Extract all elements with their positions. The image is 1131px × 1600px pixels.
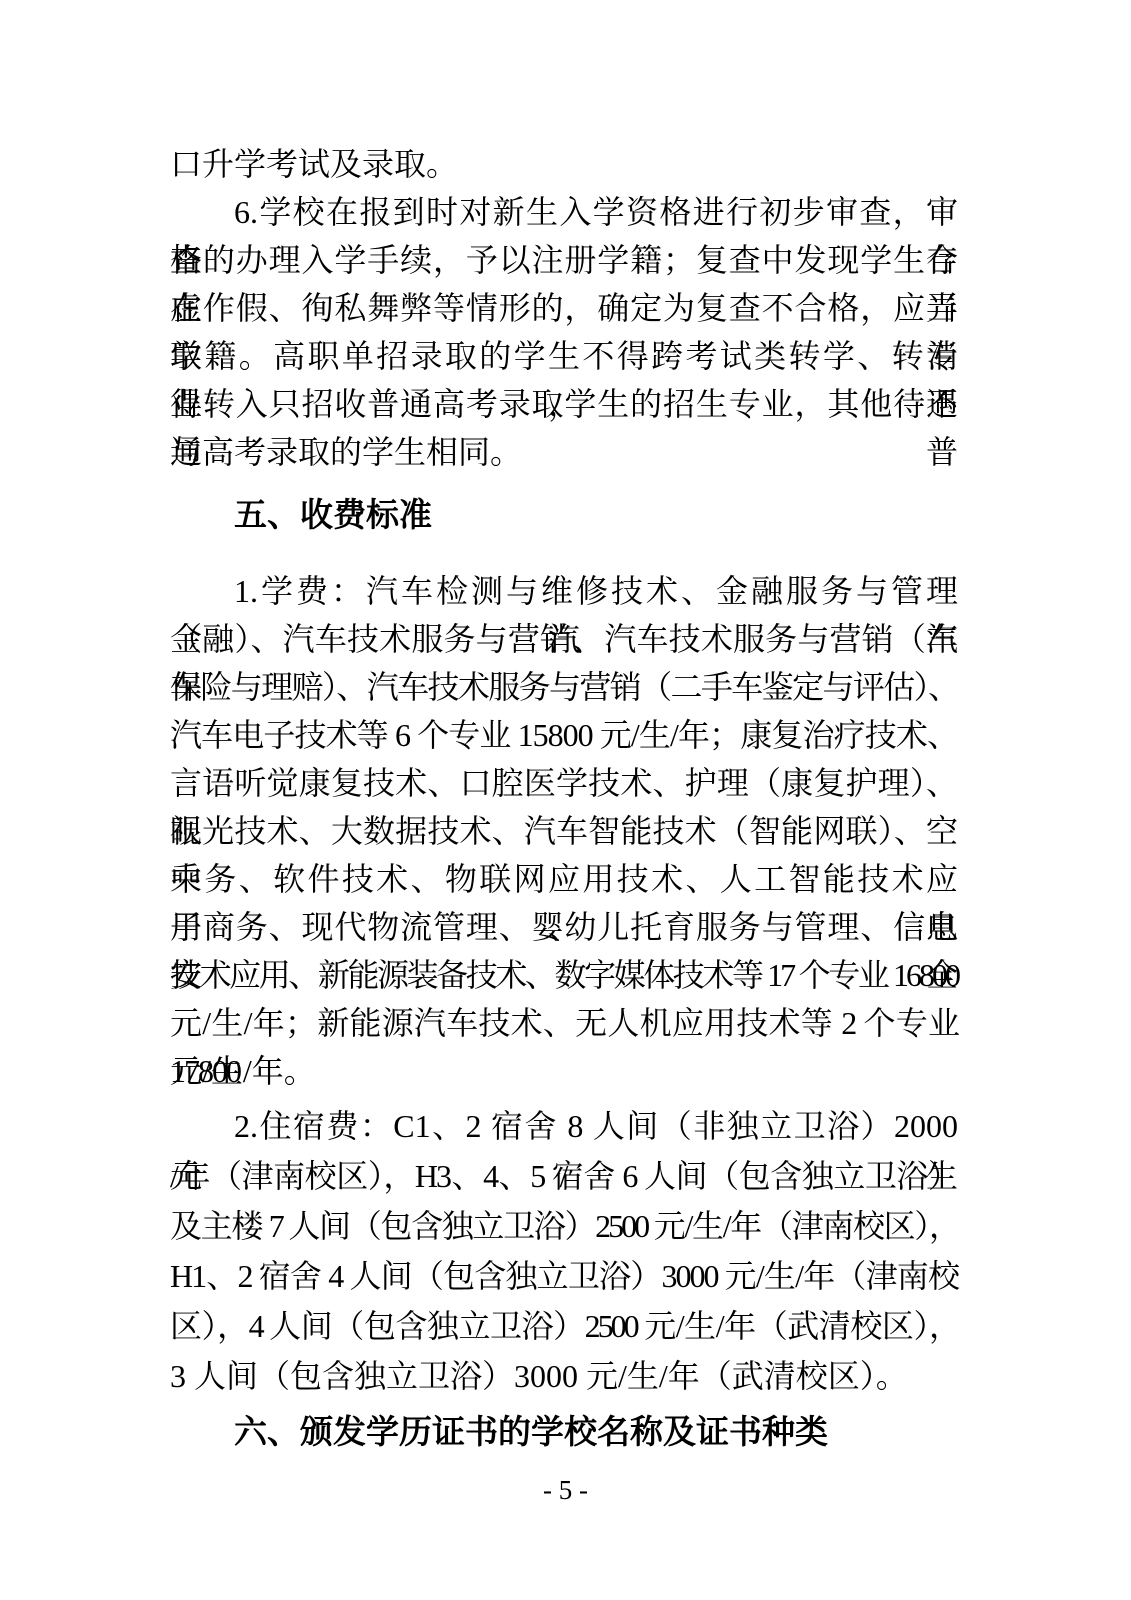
page-number: - 5 - — [0, 1470, 1131, 1510]
text-line: 言语听觉康复技术、口腔医学技术、护理（康复护理）、眼 — [170, 759, 958, 807]
text-line: 2.住宿费：C1、2 宿舍 8 人间（非独立卫浴）2000 元/生 — [170, 1101, 958, 1151]
text-line: 元/生/年；新能源汽车技术、无人机应用技术等 2 个专业 17800 — [170, 999, 958, 1047]
text-line: 格的办理入学手续，予以注册学籍；复查中发现学生存在弄 — [170, 236, 958, 284]
paragraph-accommodation: 2.住宿费：C1、2 宿舍 8 人间（非独立卫浴）2000 元/生 /年（津南校… — [170, 1101, 958, 1401]
text-line: 视光技术、大数据技术、汽车智能技术（智能网联）、空中 — [170, 807, 958, 855]
paragraph-enrollment-review: 6.学校在报到时对新生入学资格进行初步审查，审查合 格的办理入学手续，予以注册学… — [170, 188, 958, 476]
document-page: 口升学考试及录取。 6.学校在报到时对新生入学资格进行初步审查，审查合 格的办理… — [0, 0, 1131, 1600]
text-line: 汽车电子技术等 6 个专业 15800 元/生/年；康复治疗技术、 — [170, 711, 958, 759]
text-line: 区），4 人间（包含独立卫浴）2500 元/生/年（武清校区）， — [170, 1301, 958, 1351]
paragraph-continuation: 口升学考试及录取。 — [170, 140, 958, 188]
section-heading-fees: 五、收费标准 — [170, 490, 958, 540]
text-line: 虚作假、徇私舞弊等情形的，确定为复查不合格，应当取消 — [170, 284, 958, 332]
text-line: 保险与理赔）、汽车技术服务与营销（二手车鉴定与评估）、 — [170, 663, 958, 711]
text-line: 学籍。高职单招录取的学生不得跨考试类转学、转专业，不 — [170, 332, 958, 380]
text-line: 6.学校在报到时对新生入学资格进行初步审查，审查合 — [170, 188, 958, 236]
text-line: 元/生/年。 — [170, 1047, 958, 1095]
text-line: 1.学费：汽车检测与维修技术、金融服务与管理（汽车 — [170, 567, 958, 615]
text-line: 得转入只招收普通高考录取学生的招生专业，其他待遇与普 — [170, 380, 958, 428]
section-heading-certificate: 六、颁发学历证书的学校名称及证书种类 — [170, 1407, 958, 1457]
text-line: 金融）、汽车技术服务与营销、汽车技术服务与营销（汽车 — [170, 615, 958, 663]
text-line: H1、2 宿舍 4 人间（包含独立卫浴）3000 元/生/年（津南校 — [170, 1251, 958, 1301]
text-line: 技术应用、新能源装备技术、数字媒体技术等 17 个专业 16800 — [170, 951, 958, 999]
text-line: 乘务、软件技术、物联网应用技术、人工智能技术应用、电 — [170, 855, 958, 903]
text-line: /年（津南校区），H3、4、5 宿舍 6 人间（包含独立卫浴） — [170, 1151, 958, 1201]
text-block: 口升学考试及录取。 6.学校在报到时对新生入学资格进行初步审查，审查合 格的办理… — [170, 140, 958, 1485]
text-line: 3 人间（包含独立卫浴）3000 元/生/年（武清校区）。 — [170, 1351, 958, 1401]
text-line: 及主楼 7 人间（包含独立卫浴）2500 元/生/年（津南校区）， — [170, 1201, 958, 1251]
text-line: 子商务、现代物流管理、婴幼儿托育服务与管理、信息安全 — [170, 903, 958, 951]
text-line: 口升学考试及录取。 — [170, 140, 958, 188]
paragraph-tuition: 1.学费：汽车检测与维修技术、金融服务与管理（汽车 金融）、汽车技术服务与营销、… — [170, 567, 958, 1095]
